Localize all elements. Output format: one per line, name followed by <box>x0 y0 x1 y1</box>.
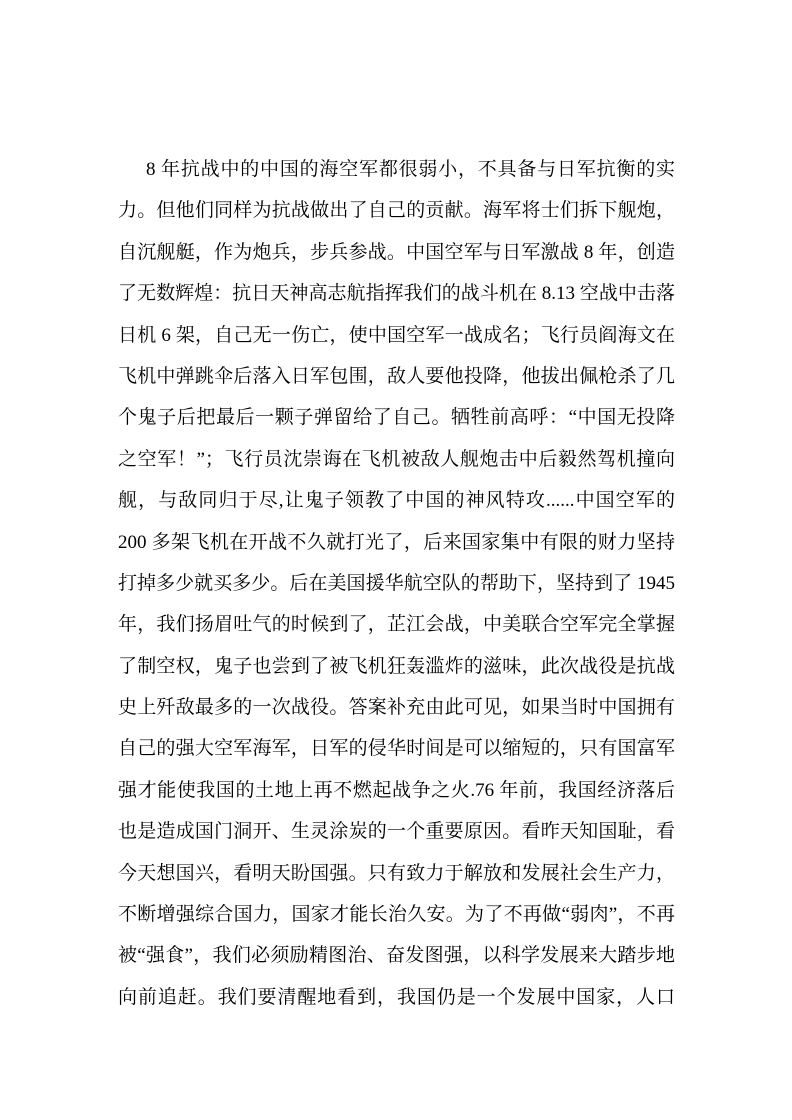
text-line: 自沉舰艇，作为炮兵，步兵参战。中国空军与日军激战 8 年，创造 <box>118 232 675 273</box>
text-line: 了制空权，鬼子也尝到了被飞机狂轰滥炸的滋味，此次战役是抗战 <box>118 646 675 687</box>
text-line: 了无数辉煌：抗日天神高志航指挥我们的战斗机在 8.13 空战中击落 <box>118 273 675 314</box>
text-line: 向前追赶。我们要清醒地看到，我国仍是一个发展中国家，人口多、 <box>118 977 675 1018</box>
text-line: 8 年抗战中的中国的海空军都很弱小，不具备与日军抗衡的实 <box>118 149 675 190</box>
text-line: 之空军！”；飞行员沈崇诲在飞机被敌人舰炮击中后毅然驾机撞向敌 <box>118 439 675 480</box>
text-line: 舰，与敌同归于尽,让鬼子领教了中国的神风特攻......中国空军的 <box>118 480 675 521</box>
text-line: 打掉多少就买多少。后在美国援华航空队的帮助下，坚持到了 1945 <box>118 563 675 604</box>
text-line: 今天想国兴，看明天盼国强。只有致力于解放和发展社会生产力， <box>118 853 675 894</box>
text-line: 飞机中弹跳伞后落入日军包围，敌人要他投降，他拔出佩枪杀了几 <box>118 356 675 397</box>
paragraph-text-block: 8 年抗战中的中国的海空军都很弱小，不具备与日军抗衡的实 力。但他们同样为抗战做… <box>118 149 675 1018</box>
text-line: 史上歼敌最多的一次战役。答案补充由此可见，如果当时中国拥有 <box>118 687 675 728</box>
text-line: 不断增强综合国力，国家才能长治久安。为了不再做“弱肉”，不再 <box>118 894 675 935</box>
text-line: 个鬼子后把最后一颗子弹留给了自己。牺牲前高呼：“中国无投降 <box>118 397 675 438</box>
text-line: 200 多架飞机在开战不久就打光了，后来国家集中有限的财力坚持 <box>118 522 675 563</box>
document-page: 8 年抗战中的中国的海空军都很弱小，不具备与日军抗衡的实 力。但他们同样为抗战做… <box>0 0 792 1120</box>
text-line: 被“强食”，我们必须励精图治、奋发图强，以科学发展来大踏步地 <box>118 935 675 976</box>
text-line: 日机 6 架，自己无一伤亡，使中国空军一战成名；飞行员阎海文在 <box>118 315 675 356</box>
text-line: 强才能使我国的土地上再不燃起战争之火.76 年前，我国经济落后 <box>118 770 675 811</box>
text-line: 年，我们扬眉吐气的时候到了，芷江会战，中美联合空军完全掌握 <box>118 604 675 645</box>
text-line: 也是造成国门洞开、生灵涂炭的一个重要原因。看昨天知国耻，看 <box>118 811 675 852</box>
text-line: 自己的强大空军海军，日军的侵华时间是可以缩短的，只有国富军 <box>118 728 675 769</box>
text-line: 力。但他们同样为抗战做出了自己的贡献。海军将士们拆下舰炮， <box>118 190 675 231</box>
